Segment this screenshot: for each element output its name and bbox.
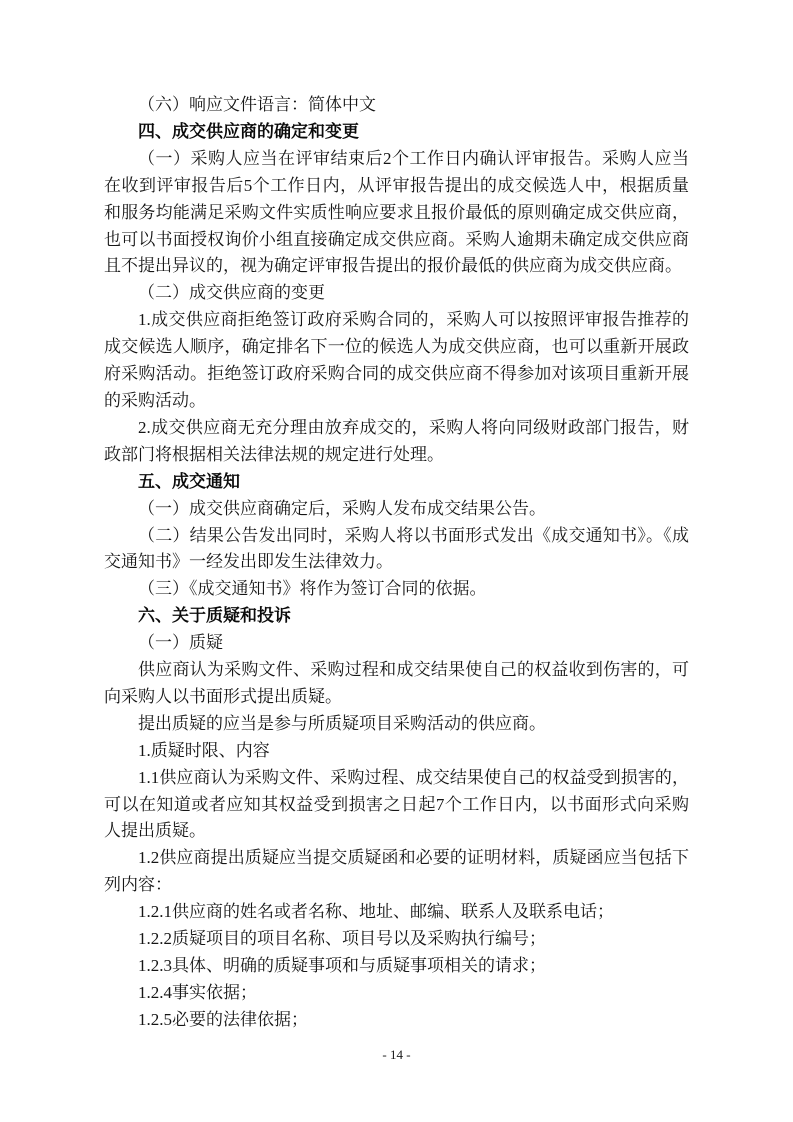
section-heading: 六、关于质疑和投诉 (104, 603, 689, 630)
paragraph: 1.质疑时限、内容 (104, 738, 689, 765)
paragraph: 提出质疑的应当是参与所质疑项目采购活动的供应商。 (104, 711, 689, 738)
paragraph: 1.2.5必要的法律依据； (104, 1007, 689, 1034)
paragraph: （二）成交供应商的变更 (104, 280, 689, 307)
paragraph: 1.2.3具体、明确的质疑事项和与质疑事项相关的请求； (104, 953, 689, 980)
page-footer: - 14 - (0, 1046, 793, 1064)
paragraph: 1.成交供应商拒绝签订政府采购合同的，采购人可以按照评审报告推荐的成交候选人顺序… (104, 307, 689, 415)
page-number: - 14 - (382, 1047, 410, 1062)
paragraph: 1.2.4事实依据； (104, 980, 689, 1007)
paragraph: 1.2.2质疑项目的项目名称、项目号以及采购执行编号； (104, 926, 689, 953)
paragraph: （一）采购人应当在评审结束后2个工作日内确认评审报告。采购人应当在收到评审报告后… (104, 146, 689, 281)
paragraph: （三）《成交通知书》将作为签订合同的依据。 (104, 576, 689, 603)
section-heading: 五、成交通知 (104, 469, 689, 496)
paragraph: （二）结果公告发出同时，采购人将以书面形式发出《成交通知书》。《成交通知书》一经… (104, 523, 689, 577)
paragraph: （一）质疑 (104, 630, 689, 657)
paragraph: （六）响应文件语言：简体中文 (104, 92, 689, 119)
paragraph: 2.成交供应商无充分理由放弃成交的，采购人将向同级财政部门报告，财政部门将根据相… (104, 415, 689, 469)
paragraph: 供应商认为采购文件、采购过程和成交结果使自己的权益收到伤害的，可向采购人以书面形… (104, 657, 689, 711)
document-page: （六）响应文件语言：简体中文四、成交供应商的确定和变更（一）采购人应当在评审结束… (0, 0, 793, 1122)
section-heading: 四、成交供应商的确定和变更 (104, 119, 689, 146)
document-body: （六）响应文件语言：简体中文四、成交供应商的确定和变更（一）采购人应当在评审结束… (104, 92, 689, 1034)
paragraph: 1.2.1供应商的姓名或者名称、地址、邮编、联系人及联系电话； (104, 899, 689, 926)
paragraph: 1.2供应商提出质疑应当提交质疑函和必要的证明材料，质疑函应当包括下列内容： (104, 845, 689, 899)
paragraph: 1.1供应商认为采购文件、采购过程、成交结果使自己的权益受到损害的，可以在知道或… (104, 765, 689, 846)
paragraph: （一）成交供应商确定后，采购人发布成交结果公告。 (104, 496, 689, 523)
